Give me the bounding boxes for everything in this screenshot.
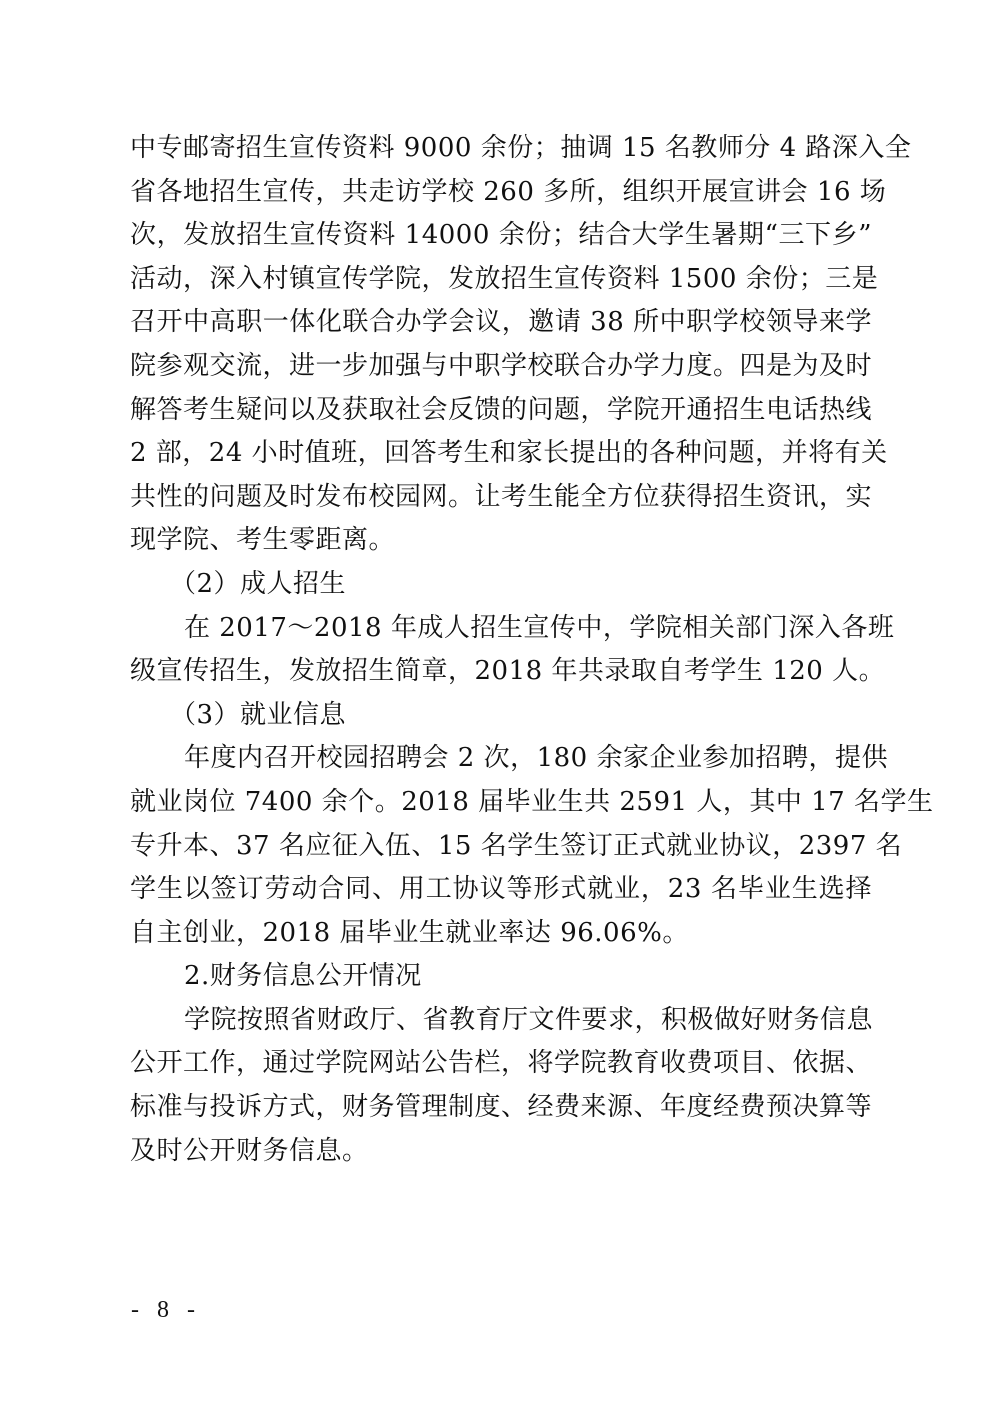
text-line: 共性的问题及时发布校园网。让考生能全方位获得招生资讯，实 bbox=[130, 476, 872, 520]
text-line: 学生以签订劳动合同、用工协议等形式就业，23 名毕业生选择 bbox=[130, 868, 872, 912]
section-heading-adult-enrollment: （2）成人招生 bbox=[130, 563, 872, 607]
text-line: 及时公开财务信息。 bbox=[130, 1130, 872, 1174]
text-line: 解答考生疑问以及获取社会反馈的问题，学院开通招生电话热线 bbox=[130, 389, 872, 433]
section-heading-employment: （3）就业信息 bbox=[130, 694, 872, 738]
text-line: 次，发放招生宣传资料 14000 余份；结合大学生暑期“三下乡” bbox=[130, 214, 872, 258]
paragraph-employment: 年度内召开校园招聘会 2 次，180 余家企业参加招聘，提供 就业岗位 7400… bbox=[130, 737, 872, 955]
page-number: - 8 - bbox=[131, 1297, 201, 1324]
text-line: 自主创业，2018 届毕业生就业率达 96.06%。 bbox=[130, 912, 872, 956]
text-line: 就业岗位 7400 余个。2018 届毕业生共 2591 人，其中 17 名学生 bbox=[130, 781, 872, 825]
paragraph-recruitment-continued: 中专邮寄招生宣传资料 9000 余份；抽调 15 名教师分 4 路深入全 省各地… bbox=[130, 127, 872, 563]
text-line: 年度内召开校园招聘会 2 次，180 余家企业参加招聘，提供 bbox=[130, 737, 872, 781]
text-line: 学院按照省财政厅、省教育厅文件要求，积极做好财务信息 bbox=[130, 999, 872, 1043]
text-line: 级宣传招生，发放招生简章，2018 年共录取自考学生 120 人。 bbox=[130, 650, 872, 694]
text-line: 公开工作，通过学院网站公告栏，将学院教育收费项目、依据、 bbox=[130, 1042, 872, 1086]
text-line: 活动，深入村镇宣传学院，发放招生宣传资料 1500 余份；三是 bbox=[130, 258, 872, 302]
text-line: 2 部，24 小时值班，回答考生和家长提出的各种问题，并将有关 bbox=[130, 432, 872, 476]
text-line: 标准与投诉方式，财务管理制度、经费来源、年度经费预决算等 bbox=[130, 1086, 872, 1130]
text-line: 召开中高职一体化联合办学会议，邀请 38 所中职学校领导来学 bbox=[130, 301, 872, 345]
text-line: 院参观交流，进一步加强与中职学校联合办学力度。四是为及时 bbox=[130, 345, 872, 389]
text-line: 专升本、37 名应征入伍、15 名学生签订正式就业协议，2397 名 bbox=[130, 825, 872, 869]
text-line: 中专邮寄招生宣传资料 9000 余份；抽调 15 名教师分 4 路深入全 bbox=[130, 127, 872, 171]
section-heading-finance: 2.财务信息公开情况 bbox=[130, 955, 872, 999]
text-line: 在 2017～2018 年成人招生宣传中，学院相关部门深入各班 bbox=[130, 607, 872, 651]
document-page: 中专邮寄招生宣传资料 9000 余份；抽调 15 名教师分 4 路深入全 省各地… bbox=[130, 127, 872, 1173]
paragraph-finance: 学院按照省财政厅、省教育厅文件要求，积极做好财务信息 公开工作，通过学院网站公告… bbox=[130, 999, 872, 1173]
text-line: 现学院、考生零距离。 bbox=[130, 519, 872, 563]
paragraph-adult-enrollment: 在 2017～2018 年成人招生宣传中，学院相关部门深入各班 级宣传招生，发放… bbox=[130, 607, 872, 694]
text-line: 省各地招生宣传，共走访学校 260 多所，组织开展宣讲会 16 场 bbox=[130, 171, 872, 215]
